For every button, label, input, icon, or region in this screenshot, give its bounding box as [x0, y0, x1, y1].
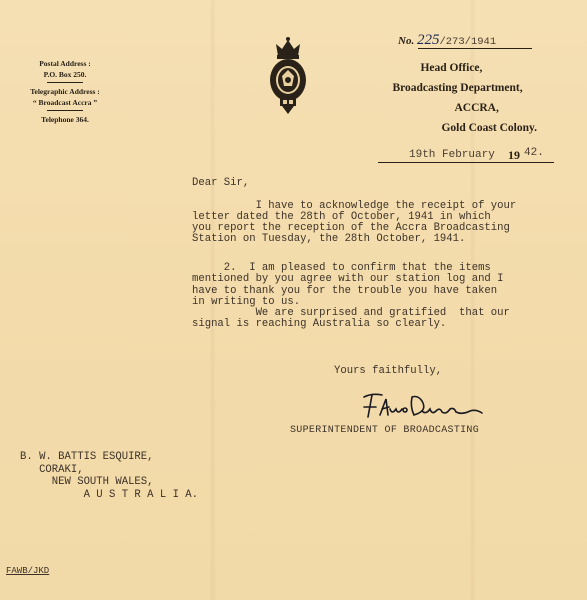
- salutation: Dear Sir,: [192, 177, 249, 189]
- reference-initials: FAWB/JKD: [6, 566, 49, 576]
- reference-underline: [418, 48, 532, 49]
- postal-address-label: Postal Address :: [10, 58, 120, 69]
- reference-prefix: No.: [398, 35, 414, 47]
- telegraphic-address-value: “ Broadcast Accra ”: [10, 97, 120, 108]
- signatory-title: SUPERINTENDENT OF BROADCASTING: [290, 425, 479, 436]
- divider: [47, 110, 83, 111]
- date-underline: [378, 162, 554, 163]
- letter-opening: Dear Sir, I have to acknowledge the rece…: [192, 178, 582, 246]
- handwritten-signature-icon: [358, 385, 488, 425]
- date-day-month: 19th February: [409, 149, 495, 161]
- address-line-4: Gold Coast Colony.: [392, 118, 537, 138]
- closing: Yours faithfully,: [334, 365, 442, 377]
- letterhead-contact-block: Postal Address : P.O. Box 250. Telegraph…: [10, 58, 120, 125]
- postal-address-value: P.O. Box 250.: [10, 69, 120, 80]
- date-year-suffix: 42.: [524, 147, 544, 159]
- letter-date: 19th February 19 42.: [378, 149, 560, 163]
- telegraphic-address-label: Telegraphic Address :: [10, 86, 120, 97]
- reference-number: No. 225/273/1941: [398, 32, 496, 49]
- reference-handwritten: 225: [417, 32, 440, 48]
- divider: [47, 82, 83, 83]
- recipient-address: B. W. BATTIS ESQUIRE, CORAKI, NEW SOUTH …: [20, 451, 198, 501]
- telephone: Telephone 364.: [10, 114, 120, 125]
- office-address: Head Office, Broadcasting Department, AC…: [392, 58, 537, 138]
- reference-typed: /273/1941: [439, 36, 496, 48]
- address-line-3: ACCRA,: [392, 98, 537, 118]
- date-year-prefix: 19: [508, 148, 520, 163]
- address-line-2: Broadcasting Department,: [392, 78, 537, 98]
- paragraph-2: 2. I am pleased to confirm that the item…: [192, 263, 582, 331]
- address-line-1: Head Office,: [392, 58, 537, 78]
- gold-coast-colony-crest-icon: [266, 36, 310, 116]
- paragraph-1: I have to acknowledge the receipt of you…: [192, 200, 516, 246]
